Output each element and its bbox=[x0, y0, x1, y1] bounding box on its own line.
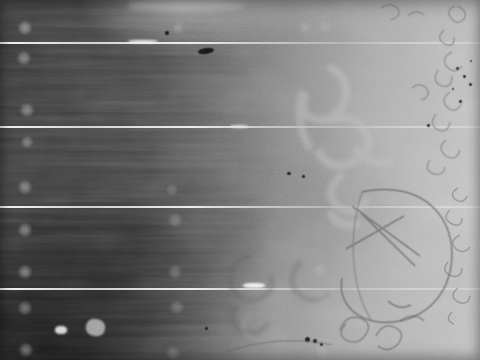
photo-stage bbox=[0, 0, 480, 360]
dark-spot-12 bbox=[305, 337, 310, 342]
inscription-oval-scrawl bbox=[341, 190, 452, 323]
bright-mark-2 bbox=[128, 40, 158, 43]
dark-spot-1 bbox=[198, 47, 215, 55]
dark-spot-9 bbox=[427, 124, 430, 127]
photo-vignette bbox=[0, 0, 480, 360]
inscription-center-large-script bbox=[300, 68, 390, 226]
plank-seam-3 bbox=[0, 206, 480, 208]
dowel-plug-5 bbox=[18, 180, 32, 194]
grain-layer bbox=[0, 0, 480, 360]
inscription-top-right-script bbox=[381, 5, 465, 175]
plank-seam-1 bbox=[0, 42, 480, 44]
dowel-plug-1 bbox=[18, 21, 32, 35]
seams-layer bbox=[0, 0, 480, 360]
dowel-plug-9 bbox=[19, 343, 33, 357]
dowels-layer bbox=[0, 0, 480, 360]
dark-spot-14 bbox=[320, 343, 323, 346]
inscription-bottom-center-swirls bbox=[230, 256, 328, 333]
inscription-signature-loops bbox=[226, 316, 424, 352]
dark-spot-5 bbox=[469, 83, 472, 86]
dowel-plug-4 bbox=[21, 136, 33, 148]
woodgrain-layer bbox=[0, 0, 480, 360]
dark-spot-10 bbox=[287, 172, 291, 175]
plank-seam-4 bbox=[0, 288, 480, 290]
bright-mark-1 bbox=[243, 283, 265, 288]
bright-mark-3 bbox=[230, 125, 248, 128]
dark-spot-15 bbox=[205, 327, 208, 330]
stain-texture-layer bbox=[0, 0, 480, 360]
dowel-plug-6 bbox=[18, 223, 32, 237]
dark-spot-2 bbox=[165, 31, 169, 35]
dowel-plug-18 bbox=[313, 263, 327, 277]
dowel-plug-13 bbox=[168, 265, 182, 279]
bright-mark-6 bbox=[128, 0, 243, 11]
dowel-plug-7 bbox=[18, 265, 32, 279]
dark-spot-13 bbox=[313, 339, 317, 343]
dark-spot-6 bbox=[452, 88, 454, 90]
bright-mark-5 bbox=[84, 317, 106, 338]
dark-spot-8 bbox=[470, 60, 472, 62]
dowel-plug-20 bbox=[315, 345, 329, 359]
marks-layer bbox=[0, 0, 480, 360]
stain-rect bbox=[0, 0, 480, 360]
inscriptions-layer bbox=[0, 0, 480, 360]
dark-spot-3 bbox=[456, 67, 459, 70]
dowel-plug-2 bbox=[17, 51, 31, 65]
dowel-plug-17 bbox=[319, 21, 331, 33]
grain-rect bbox=[0, 0, 480, 360]
dowel-plug-16 bbox=[299, 21, 311, 33]
bright-mark-4 bbox=[55, 326, 67, 334]
dowel-plug-10 bbox=[172, 22, 184, 34]
woodgrain-rect bbox=[0, 0, 480, 360]
dark-spot-7 bbox=[459, 100, 462, 103]
dowel-plug-14 bbox=[170, 300, 184, 314]
photo-panel-back bbox=[0, 0, 480, 360]
dowel-plug-11 bbox=[166, 184, 178, 196]
dowel-plug-8 bbox=[18, 301, 32, 315]
dark-spot-11 bbox=[302, 175, 305, 178]
inscription-bottom-center-light-swirl bbox=[243, 314, 281, 341]
plank-seam-2 bbox=[0, 126, 480, 128]
dark-spot-4 bbox=[463, 75, 466, 78]
dowel-plug-12 bbox=[168, 213, 182, 227]
dowel-plug-15 bbox=[166, 346, 180, 360]
dowel-plug-19 bbox=[315, 291, 329, 305]
dowel-plug-3 bbox=[20, 103, 34, 117]
inscription-right-edge-glyphs bbox=[445, 188, 470, 324]
